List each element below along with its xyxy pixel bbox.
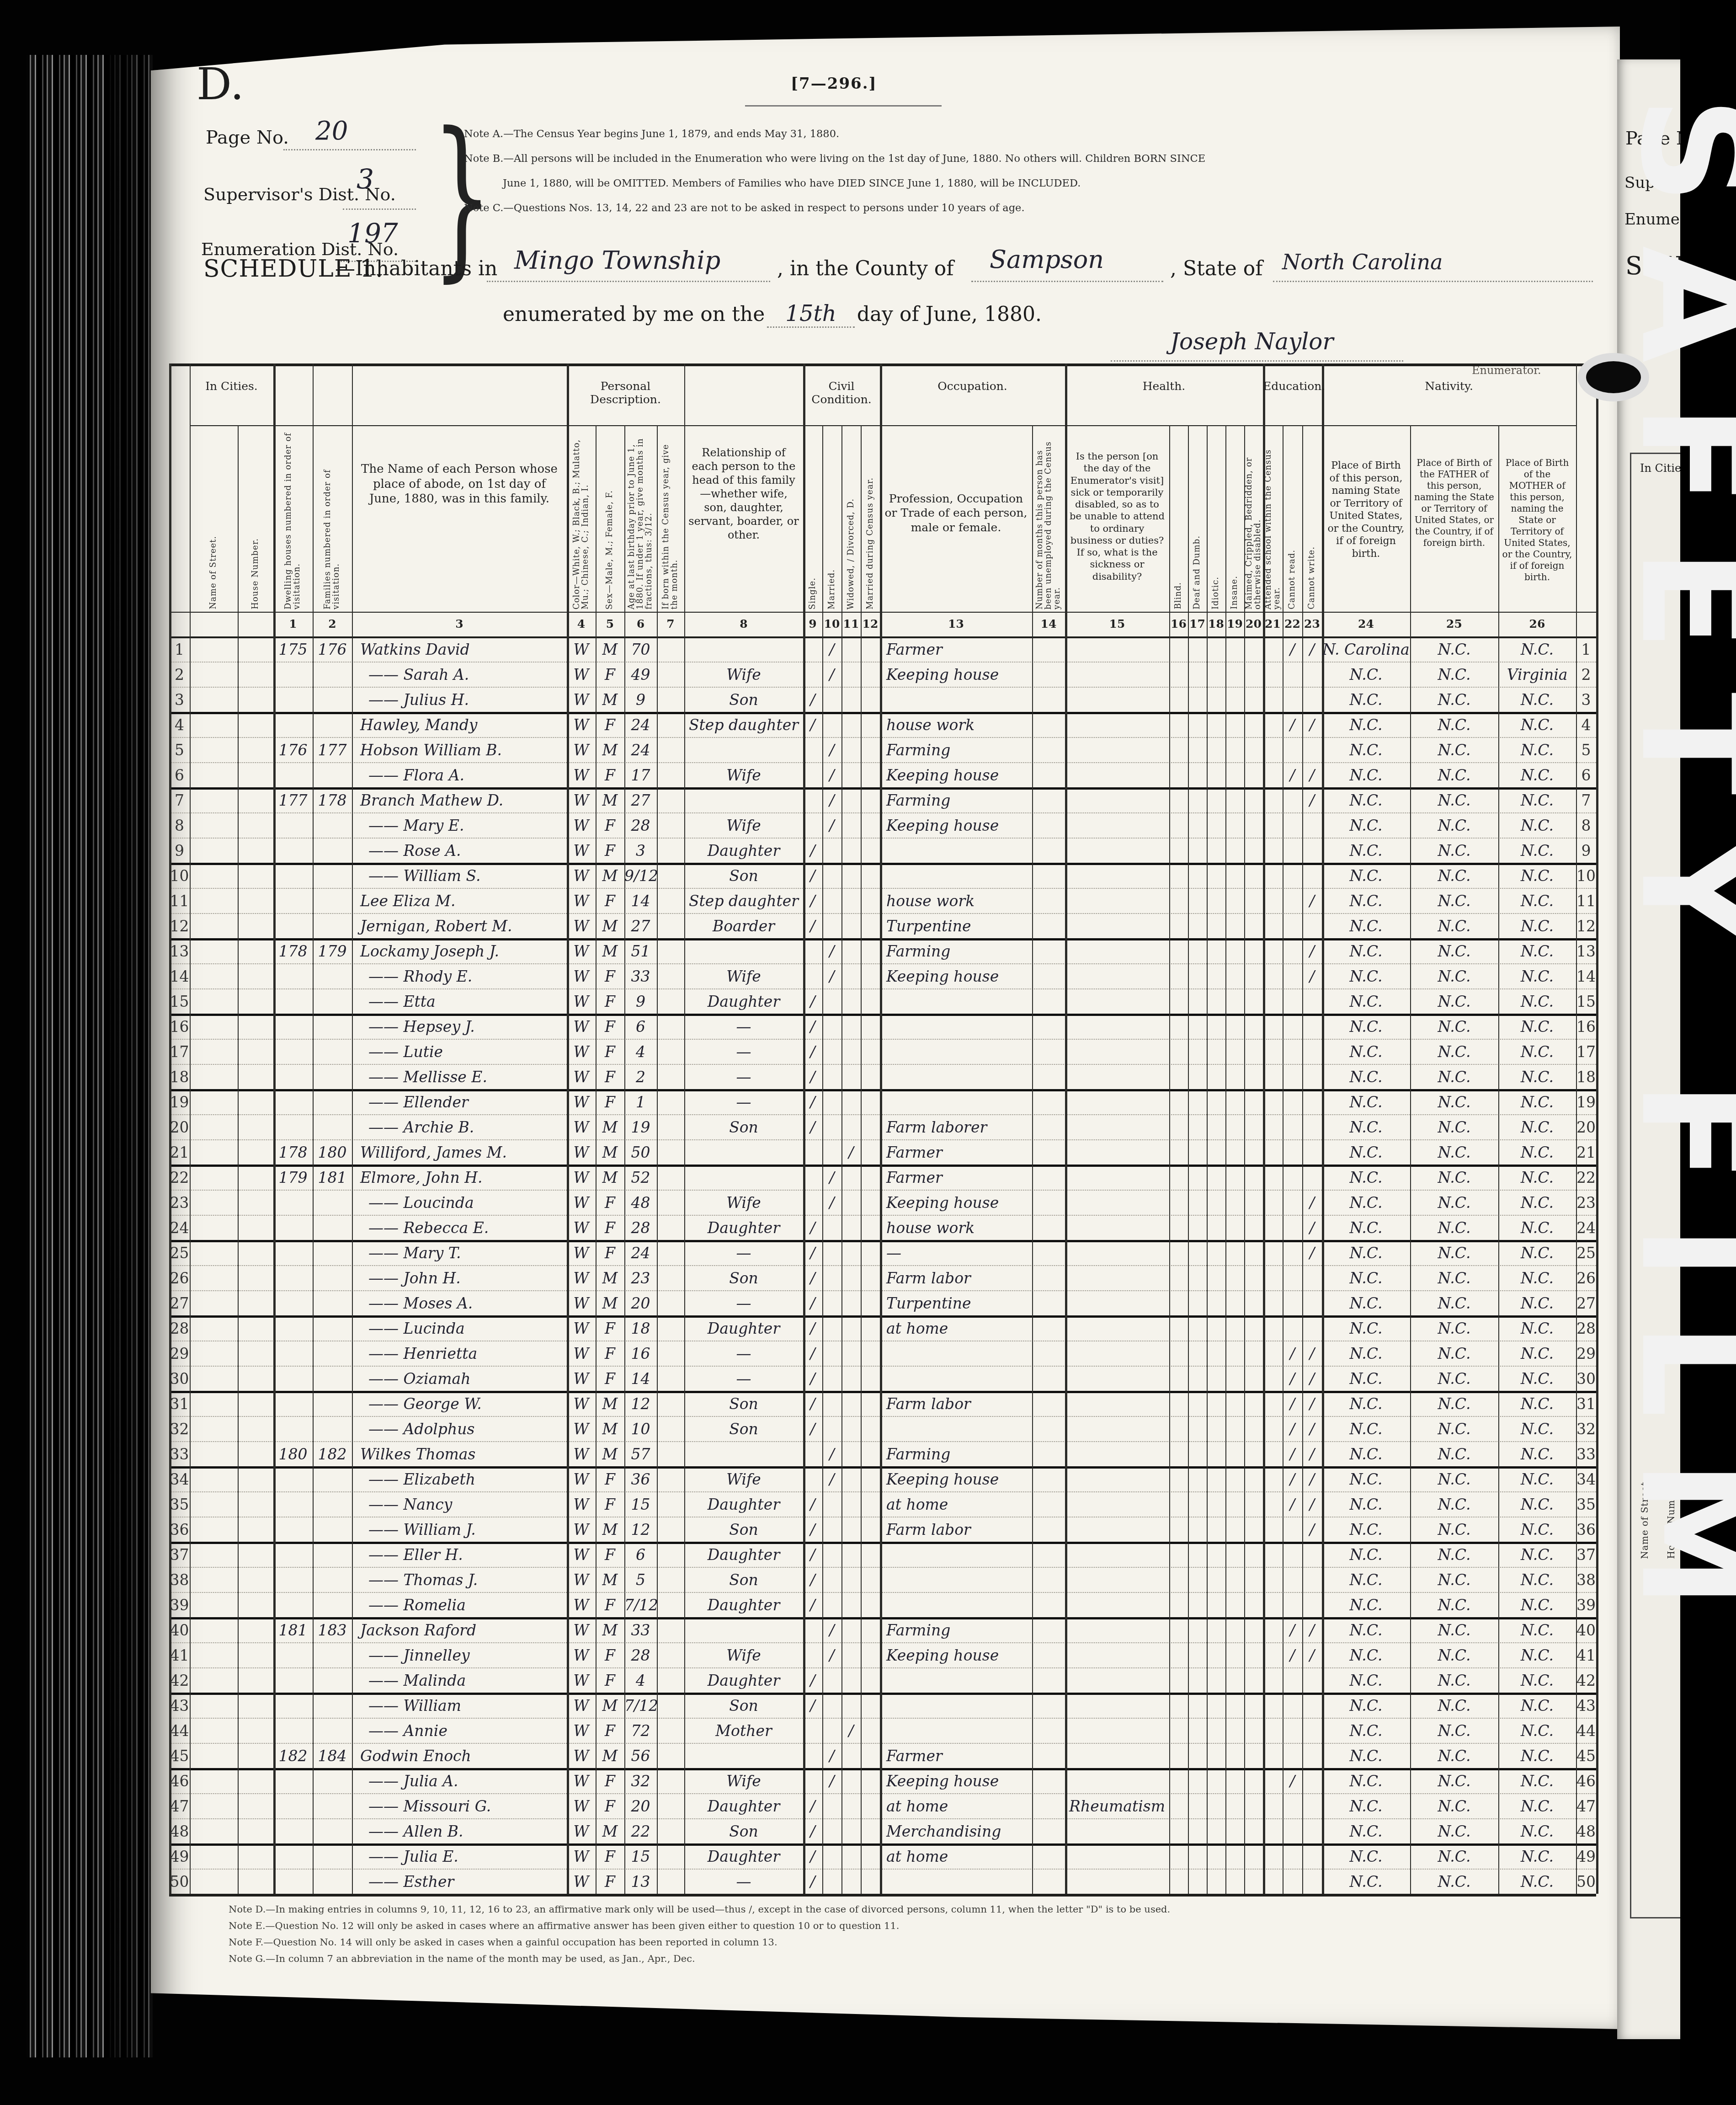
cell-c10: / (822, 1771, 841, 1792)
cell-c26: N.C. (1498, 1695, 1576, 1717)
row-separator (169, 1793, 1596, 1794)
cell-c6: 20 (624, 1293, 657, 1314)
cell-c4: W (567, 765, 596, 786)
cell-rl: 46 (169, 1771, 190, 1792)
group-header-nativity: Nativity. (1322, 379, 1576, 393)
cell-c24: N.C. (1322, 1419, 1410, 1440)
cell-c26: N.C. (1498, 1142, 1576, 1164)
cell-c24: N.C. (1322, 1167, 1410, 1189)
cell-c13: Farmer (880, 1167, 1032, 1189)
cell-c9: / (803, 1544, 822, 1566)
cell-rr: 50 (1576, 1871, 1596, 1893)
cell-c8: Wife (684, 1192, 803, 1214)
cell-c25: N.C. (1410, 1519, 1498, 1541)
cell-c3: —— Henrietta (352, 1343, 567, 1365)
row-separator (169, 1517, 1596, 1517)
cell-c2: 178 (313, 790, 352, 812)
group-header-occupation: Occupation. (880, 379, 1065, 393)
cell-c24: N.C. (1322, 1821, 1410, 1843)
cell-rr: 13 (1576, 941, 1596, 962)
cell-c5: F (596, 966, 624, 988)
footer-note-e: Note E.—Question No. 12 will only be ask… (229, 1918, 899, 1934)
row-separator (169, 1039, 1596, 1040)
col-header-text-house: House Number. (251, 538, 260, 609)
cell-c8: — (684, 1871, 803, 1893)
cell-c3: —— George W. (352, 1394, 567, 1415)
census-table: In Cities.Personal Description.Civil Con… (151, 27, 1620, 2029)
cell-c13: Turpentine (880, 916, 1032, 937)
group-header-health: Health. (1065, 379, 1263, 393)
row-separator (169, 1466, 1596, 1469)
cell-c24: N.C. (1322, 1042, 1410, 1063)
cell-rr: 25 (1576, 1243, 1596, 1264)
col-header-c15: Is the person [on the day of the Enumera… (1069, 450, 1166, 582)
cell-c3: —— John H. (352, 1268, 567, 1289)
cell-c24: N.C. (1322, 991, 1410, 1013)
cell-c4: W (567, 1042, 596, 1063)
cell-c3: —— Thomas J. (352, 1570, 567, 1591)
row-separator (169, 1089, 1596, 1091)
cell-c25: N.C. (1410, 1796, 1498, 1817)
cell-c23: / (1302, 1368, 1322, 1390)
col-number: 24 (1322, 617, 1410, 630)
cell-c13: house work (880, 715, 1032, 736)
col-number: 16 (1169, 617, 1188, 630)
col-header-text-c4: Color—White, W.; Black, B.; Mulatto, Mu.… (573, 432, 590, 609)
cell-c13: Farmer (880, 1746, 1032, 1767)
row-separator (169, 1014, 1596, 1016)
cell-c26: N.C. (1498, 1544, 1576, 1566)
cell-c4: W (567, 941, 596, 962)
cell-rl: 6 (169, 765, 190, 786)
cell-c5: F (596, 1796, 624, 1817)
cell-c6: 32 (624, 1771, 657, 1792)
cell-rr: 42 (1576, 1670, 1596, 1692)
col-number: 19 (1225, 617, 1244, 630)
cell-rr: 15 (1576, 991, 1596, 1013)
cell-rl: 41 (169, 1645, 190, 1667)
row-separator (169, 988, 1596, 989)
col-header-text-c23: Cannot write. (1308, 546, 1316, 609)
cell-c2: 179 (313, 941, 352, 962)
cell-c4: W (567, 715, 596, 736)
cell-c8: Son (684, 1419, 803, 1440)
cell-rl: 38 (169, 1570, 190, 1591)
cell-rl: 24 (169, 1218, 190, 1239)
cell-c3: —— Rebecca E. (352, 1218, 567, 1239)
cell-rl: 5 (169, 740, 190, 761)
cell-c23: / (1302, 1419, 1322, 1440)
row-separator (169, 1642, 1596, 1643)
cell-c4: W (567, 1268, 596, 1289)
cell-c26: N.C. (1498, 1192, 1576, 1214)
col-header-c10: Married. (822, 432, 841, 609)
cell-c13: — (880, 1243, 1032, 1264)
cell-c6: 2 (624, 1067, 657, 1088)
cell-c5: F (596, 1092, 624, 1113)
cell-c9: / (803, 916, 822, 937)
cell-c25: N.C. (1410, 1192, 1498, 1214)
cell-c25: N.C. (1410, 1846, 1498, 1868)
col-header-text-c17: Deaf and Dumb. (1193, 535, 1202, 609)
cell-c1: 180 (273, 1444, 313, 1465)
cell-c26: N.C. (1498, 1092, 1576, 1113)
cell-c2: 182 (313, 1444, 352, 1465)
col-number: 26 (1498, 617, 1576, 630)
cell-c3: —— Etta (352, 991, 567, 1013)
row-separator (169, 1391, 1596, 1393)
cell-c3: Elmore, John H. (352, 1167, 567, 1189)
col-header-text-c12: Married during Census year. (866, 477, 875, 609)
cell-c25: N.C. (1410, 1746, 1498, 1767)
cell-c10: / (822, 740, 841, 761)
cell-c8: Wife (684, 1645, 803, 1667)
col-number: 12 (861, 617, 880, 630)
cell-c6: 28 (624, 815, 657, 837)
row-separator (169, 838, 1596, 839)
col-header-c24: Place of Birth of this person, naming St… (1326, 459, 1406, 560)
cell-c25: N.C. (1410, 1595, 1498, 1616)
cell-c24: N.C. (1322, 1092, 1410, 1113)
row-separator (169, 1190, 1596, 1191)
cell-c13: Farm labor (880, 1394, 1032, 1415)
cell-c10: / (822, 941, 841, 962)
col-header-text-street: Name of Street. (209, 536, 218, 609)
cell-c25: N.C. (1410, 891, 1498, 912)
cell-c15: Rheumatism (1065, 1796, 1169, 1817)
cell-c6: 24 (624, 715, 657, 736)
row-separator (169, 1139, 1596, 1140)
cell-rr: 11 (1576, 891, 1596, 912)
cell-c24: N.C. (1322, 1871, 1410, 1893)
cell-c5: M (596, 1167, 624, 1189)
cell-c26: N.C. (1498, 1268, 1576, 1289)
cell-c3: —— Julia E. (352, 1846, 567, 1868)
group-header-education: Education. (1263, 379, 1322, 393)
cell-c8: Step daughter (684, 715, 803, 736)
cell-c3: —— Oziamah (352, 1368, 567, 1390)
cell-c5: M (596, 1268, 624, 1289)
cell-c13: Farmer (880, 639, 1032, 661)
cell-c5: F (596, 1243, 624, 1264)
cell-rr: 41 (1576, 1645, 1596, 1667)
cell-rl: 30 (169, 1368, 190, 1390)
cell-c25: N.C. (1410, 1016, 1498, 1038)
cell-c8: Boarder (684, 916, 803, 937)
cell-c23: / (1302, 966, 1322, 988)
cell-c1: 181 (273, 1620, 313, 1641)
cell-c9: / (803, 991, 822, 1013)
cell-rr: 7 (1576, 790, 1596, 812)
cell-c6: 28 (624, 1645, 657, 1667)
cell-c8: — (684, 1243, 803, 1264)
cell-c8: Son (684, 1570, 803, 1591)
col-number: 17 (1188, 617, 1207, 630)
cell-c24: N.C. (1322, 1067, 1410, 1088)
cell-rl: 39 (169, 1595, 190, 1616)
cell-c3: —— Mary E. (352, 815, 567, 837)
cell-rr: 19 (1576, 1092, 1596, 1113)
cell-c3: —— Lutie (352, 1042, 567, 1063)
cell-c25: N.C. (1410, 740, 1498, 761)
cell-rl: 42 (169, 1670, 190, 1692)
cell-c23: / (1302, 765, 1322, 786)
cell-c3: —— Loucinda (352, 1192, 567, 1214)
cell-c1: 179 (273, 1167, 313, 1189)
cell-c2: 176 (313, 639, 352, 661)
cell-c5: F (596, 1016, 624, 1038)
cell-rl: 23 (169, 1192, 190, 1214)
cell-c9: / (803, 1042, 822, 1063)
cell-c26: N.C. (1498, 1243, 1576, 1264)
cell-c3: —— Flora A. (352, 765, 567, 786)
cell-c5: M (596, 866, 624, 887)
cell-c13: Farmer (880, 1142, 1032, 1164)
cell-c13: Farming (880, 1444, 1032, 1465)
cell-rl: 10 (169, 866, 190, 887)
cell-c25: N.C. (1410, 1494, 1498, 1516)
cell-rr: 35 (1576, 1494, 1596, 1516)
cell-rl: 18 (169, 1067, 190, 1088)
cell-c3: —— Mary T. (352, 1243, 567, 1264)
col-number: 3 (352, 617, 567, 630)
cell-c9: / (803, 1821, 822, 1843)
cell-c8: Wife (684, 1469, 803, 1491)
cell-c25: N.C. (1410, 1142, 1498, 1164)
cell-rl: 50 (169, 1871, 190, 1893)
cell-c3: Jackson Raford (352, 1620, 567, 1641)
cell-rl: 26 (169, 1268, 190, 1289)
cell-c8: — (684, 1293, 803, 1314)
col-number: 25 (1410, 617, 1498, 630)
cell-rl: 35 (169, 1494, 190, 1516)
cell-c4: W (567, 1092, 596, 1113)
cell-c13: Farm labor (880, 1268, 1032, 1289)
cell-c4: W (567, 1544, 596, 1566)
cell-c3: —— Jinnelley (352, 1645, 567, 1667)
cell-c24: N.C. (1322, 1444, 1410, 1465)
cell-c1: 178 (273, 941, 313, 962)
cell-c4: W (567, 790, 596, 812)
cell-c24: N.C. (1322, 1192, 1410, 1214)
cell-c6: 6 (624, 1016, 657, 1038)
cell-rl: 12 (169, 916, 190, 937)
cell-c4: W (567, 1167, 596, 1189)
safety-film-text: SAFETY FILM (1620, 96, 1736, 2062)
cell-c10: / (822, 639, 841, 661)
cell-c2: 177 (313, 740, 352, 761)
cell-c22: / (1283, 715, 1302, 736)
cell-c22: / (1283, 1343, 1302, 1365)
cell-c25: N.C. (1410, 1419, 1498, 1440)
cell-c3: —— Annie (352, 1720, 567, 1742)
cell-c24: N.C. (1322, 1570, 1410, 1591)
cell-c10: / (822, 966, 841, 988)
cell-c3: Wilkes Thomas (352, 1444, 567, 1465)
cell-c26: N.C. (1498, 1167, 1576, 1189)
col-number: 18 (1207, 617, 1225, 630)
group-header-personal: Personal Description. (567, 379, 684, 406)
cell-c26: N.C. (1498, 1570, 1576, 1591)
cell-c25: N.C. (1410, 1645, 1498, 1667)
cell-c24: N.C. (1322, 1368, 1410, 1390)
table-bottom-rule (169, 1894, 1596, 1897)
cell-c24: N.C. (1322, 941, 1410, 962)
cell-c6: 22 (624, 1821, 657, 1843)
cell-c26: N.C. (1498, 866, 1576, 887)
cell-c1: 178 (273, 1142, 313, 1164)
cell-c23: / (1302, 1469, 1322, 1491)
cell-c26: N.C. (1498, 1595, 1576, 1616)
cell-rl: 14 (169, 966, 190, 988)
cell-c6: 17 (624, 765, 657, 786)
cell-c3: Godwin Enoch (352, 1746, 567, 1767)
col-header-c11: Widowed, / Divorced, D. (841, 432, 861, 609)
cell-c9: / (803, 1318, 822, 1340)
cell-c24: N.C. (1322, 1519, 1410, 1541)
cell-c4: W (567, 1746, 596, 1767)
cell-c3: Hawley, Mandy (352, 715, 567, 736)
column-rule (238, 425, 239, 1894)
cell-rr: 23 (1576, 1192, 1596, 1214)
cell-c25: N.C. (1410, 1771, 1498, 1792)
cell-c24: N.C. (1322, 689, 1410, 711)
cell-c24: N.C. (1322, 1771, 1410, 1792)
cell-c3: —— Rose A. (352, 840, 567, 862)
cell-c5: M (596, 1620, 624, 1641)
cell-rl: 36 (169, 1519, 190, 1541)
cell-c6: 15 (624, 1846, 657, 1868)
cell-c4: W (567, 1469, 596, 1491)
col-header-c3: The Name of each Person whose place of a… (356, 462, 563, 507)
cell-c24: N.C. (1322, 1544, 1410, 1566)
column-rule (1596, 363, 1598, 1894)
cell-c24: N.C. (1322, 1846, 1410, 1868)
cell-c24: N.C. (1322, 1394, 1410, 1415)
footer-note-d: Note D.—In making entries in columns 9, … (229, 1901, 1170, 1918)
cell-c5: F (596, 1318, 624, 1340)
cell-c26: N.C. (1498, 1519, 1576, 1541)
cell-c6: 49 (624, 664, 657, 686)
cell-c3: —— Julia A. (352, 1771, 567, 1792)
cell-c26: Virginia (1498, 664, 1576, 686)
col-header-c23: Cannot write. (1302, 432, 1322, 609)
cell-c23: / (1302, 1243, 1322, 1264)
col-header-c1: Dwelling houses numbered in order of vis… (273, 432, 313, 609)
cell-c26: N.C. (1498, 765, 1576, 786)
cell-c9: / (803, 866, 822, 887)
cell-c9: / (803, 1695, 822, 1717)
cell-c9: / (803, 1670, 822, 1692)
colnum-top-rule (169, 612, 1596, 613)
cell-c24: N.C. (1322, 765, 1410, 786)
cell-c3: —— Ellender (352, 1092, 567, 1113)
cell-rl: 21 (169, 1142, 190, 1164)
cell-c1: 176 (273, 740, 313, 761)
cell-c10: / (822, 1167, 841, 1189)
cell-c13: Keeping house (880, 1645, 1032, 1667)
cell-c5: M (596, 740, 624, 761)
cell-rl: 19 (169, 1092, 190, 1113)
cell-c24: N.C. (1322, 1645, 1410, 1667)
cell-rr: 24 (1576, 1218, 1596, 1239)
cell-rr: 8 (1576, 815, 1596, 837)
cell-c6: 57 (624, 1444, 657, 1465)
cell-c23: / (1302, 891, 1322, 912)
cell-c10: / (822, 1645, 841, 1667)
cell-c3: —— Allen B. (352, 1821, 567, 1843)
row-separator (169, 1366, 1596, 1367)
cell-c5: M (596, 941, 624, 962)
cell-c24: N.C. (1322, 866, 1410, 887)
cell-c25: N.C. (1410, 1293, 1498, 1314)
cell-rr: 30 (1576, 1368, 1596, 1390)
cell-c6: 24 (624, 740, 657, 761)
cell-c6: 33 (624, 1620, 657, 1641)
cell-c10: / (822, 815, 841, 837)
cell-c25: N.C. (1410, 1821, 1498, 1843)
cell-c5: M (596, 1293, 624, 1314)
col-header-text-c9: Single. (809, 577, 817, 609)
cell-c13: Farm laborer (880, 1117, 1032, 1138)
cell-c6: 15 (624, 1494, 657, 1516)
cell-c8: Mother (684, 1720, 803, 1742)
col-number: 15 (1065, 617, 1169, 630)
row-separator (169, 1718, 1596, 1719)
cell-c8: Daughter (684, 1846, 803, 1868)
cell-c4: W (567, 866, 596, 887)
cell-c24: N.C. (1322, 1318, 1410, 1340)
cell-c9: / (803, 1419, 822, 1440)
cell-c25: N.C. (1410, 765, 1498, 786)
cell-c8: Wife (684, 664, 803, 686)
cell-c24: N.C. (1322, 815, 1410, 837)
cell-c3: —— Moses A. (352, 1293, 567, 1314)
row-separator (169, 1693, 1596, 1695)
cell-c4: W (567, 1519, 596, 1541)
cell-c25: N.C. (1410, 1243, 1498, 1264)
cell-c26: N.C. (1498, 1117, 1576, 1138)
cell-rr: 4 (1576, 715, 1596, 736)
col-header-text-c21: Attended school within the Census year. (1264, 432, 1282, 609)
cell-c8: — (684, 1092, 803, 1113)
col-header-c19: Insane. (1225, 432, 1244, 609)
cell-rl: 31 (169, 1394, 190, 1415)
row-separator (169, 863, 1596, 865)
cell-rr: 1 (1576, 639, 1596, 661)
cell-rl: 34 (169, 1469, 190, 1491)
cell-c5: F (596, 1067, 624, 1088)
cell-c24: N.C. (1322, 1117, 1410, 1138)
cell-c26: N.C. (1498, 1469, 1576, 1491)
row-separator (169, 888, 1596, 889)
cell-c5: F (596, 765, 624, 786)
col-header-text-c1: Dwelling houses numbered in order of vis… (284, 432, 302, 609)
cell-rr: 3 (1576, 689, 1596, 711)
cell-c9: / (803, 1494, 822, 1516)
col-header-text-c2: Families numbered in order of visitation… (324, 432, 341, 609)
col-header-text-c10: Married. (828, 569, 836, 609)
row-separator (169, 1743, 1596, 1744)
cell-c5: M (596, 1570, 624, 1591)
row-separator (169, 1416, 1596, 1417)
cell-c9: / (803, 1519, 822, 1541)
cell-c3: —— Lucinda (352, 1318, 567, 1340)
cell-c25: N.C. (1410, 664, 1498, 686)
cell-c5: F (596, 1042, 624, 1063)
cell-c5: F (596, 1846, 624, 1868)
cell-rr: 17 (1576, 1042, 1596, 1063)
